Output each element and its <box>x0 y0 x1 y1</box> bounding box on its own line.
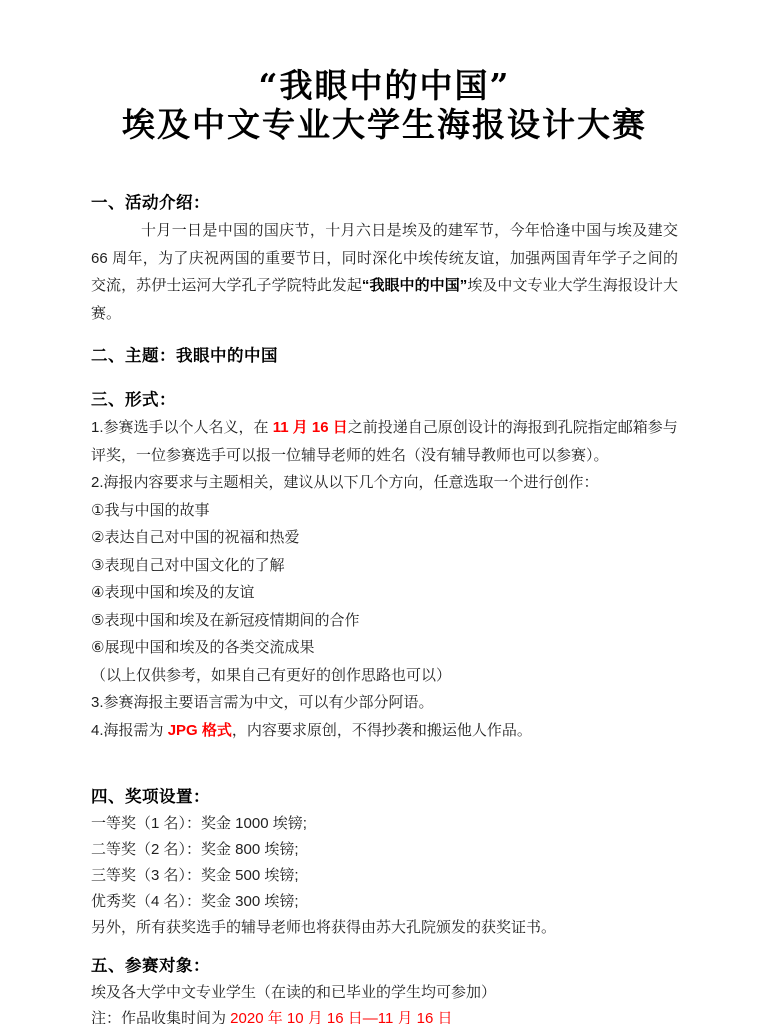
collection-period-highlight: 2020 年 10 月 16 日—11 月 16 日 <box>230 1010 452 1024</box>
participants-heading: 五、参赛对象： <box>91 953 678 980</box>
format-item-4-run-1: 4.海报需为 <box>91 722 168 739</box>
section-awards: 四、奖项设置： 一等奖（1 名）：奖金 1000 埃镑; 二等奖（2 名）：奖金… <box>91 784 678 941</box>
section-theme: 二、主题：我眼中的中国 <box>91 343 678 370</box>
format-item-1-run-1: 1.参赛选手以个人名义，在 <box>91 419 273 436</box>
award-row-second-prize: 二等奖（2 名）：奖金 800 埃镑; <box>91 837 678 863</box>
format-option-2: ②表达自己对中国的祝福和热爱 <box>91 524 678 552</box>
format-item-4: 4.海报需为 JPG 格式，内容要求原创，不得抄袭和搬运他人作品。 <box>91 717 678 745</box>
awards-extra-note: 另外，所有获奖选手的辅导老师也将获得由苏大孔院颁发的获奖证书。 <box>91 915 678 941</box>
document-page: “我眼中的中国” 埃及中文专业大学生海报设计大赛 一、活动介绍： 十月一日是中国… <box>0 0 768 1024</box>
format-option-3: ③表现自己对中国文化的了解 <box>91 552 678 580</box>
format-option-5: ⑤表现中国和埃及在新冠疫情期间的合作 <box>91 607 678 635</box>
participants-note: 注：作品收集时间为 2020 年 10 月 16 日—11 月 16 日 <box>91 1006 678 1024</box>
section-format: 三、形式： 1.参赛选手以个人名义，在 11 月 16 日之前投递自己原创设计的… <box>91 387 678 744</box>
format-option-1: ①我与中国的故事 <box>91 497 678 525</box>
participants-eligibility: 埃及各大学中文专业学生（在读的和已毕业的学生均可参加） <box>91 980 678 1006</box>
awards-heading: 四、奖项设置： <box>91 784 678 811</box>
award-row-first-prize: 一等奖（1 名）：奖金 1000 埃镑; <box>91 811 678 837</box>
format-options-note: （以上仅供参考，如果自己有更好的创作思路也可以） <box>91 662 678 690</box>
award-row-third-prize: 三等奖（3 名）：奖金 500 埃镑; <box>91 863 678 889</box>
intro-heading: 一、活动介绍： <box>91 190 678 217</box>
theme-heading: 二、主题：我眼中的中国 <box>91 343 678 370</box>
format-item-4-run-2: ，内容要求原创，不得抄袭和搬运他人作品。 <box>232 722 532 739</box>
format-option-6: ⑥展现中国和埃及的各类交流成果 <box>91 634 678 662</box>
format-item-1: 1.参赛选手以个人名义，在 11 月 16 日之前投递自己原创设计的海报到孔院指… <box>91 414 678 469</box>
format-item-2: 2.海报内容要求与主题相关，建议从以下几个方向，任意选取一个进行创作： <box>91 469 678 497</box>
intro-paragraph: 十月一日是中国的国庆节，十月六日是埃及的建军节，今年恰逢中国与埃及建交 66 周… <box>91 217 678 327</box>
format-heading: 三、形式： <box>91 387 678 414</box>
participants-note-label: 注：作品收集时间为 <box>91 1010 230 1024</box>
format-option-4: ④表现中国和埃及的友谊 <box>91 579 678 607</box>
document-content: “我眼中的中国” 埃及中文专业大学生海报设计大赛 一、活动介绍： 十月一日是中国… <box>0 0 768 1024</box>
jpg-format-highlight: JPG 格式 <box>168 722 232 739</box>
award-row-excellence-prize: 优秀奖（4 名）：奖金 300 埃镑; <box>91 889 678 915</box>
document-title-line-1: “我眼中的中国” <box>91 66 678 105</box>
format-item-3: 3.参赛海报主要语言需为中文，可以有少部分阿语。 <box>91 689 678 717</box>
section-participants: 五、参赛对象： 埃及各大学中文专业学生（在读的和已毕业的学生均可参加） 注：作品… <box>91 953 678 1024</box>
section-intro: 一、活动介绍： 十月一日是中国的国庆节，十月六日是埃及的建军节，今年恰逢中国与埃… <box>91 190 678 327</box>
deadline-highlight: 11 月 16 日 <box>273 419 348 436</box>
document-title: “我眼中的中国” 埃及中文专业大学生海报设计大赛 <box>91 66 678 144</box>
contest-name-highlight: “我眼中的中国” <box>362 277 467 294</box>
document-title-line-2: 埃及中文专业大学生海报设计大赛 <box>91 105 678 144</box>
